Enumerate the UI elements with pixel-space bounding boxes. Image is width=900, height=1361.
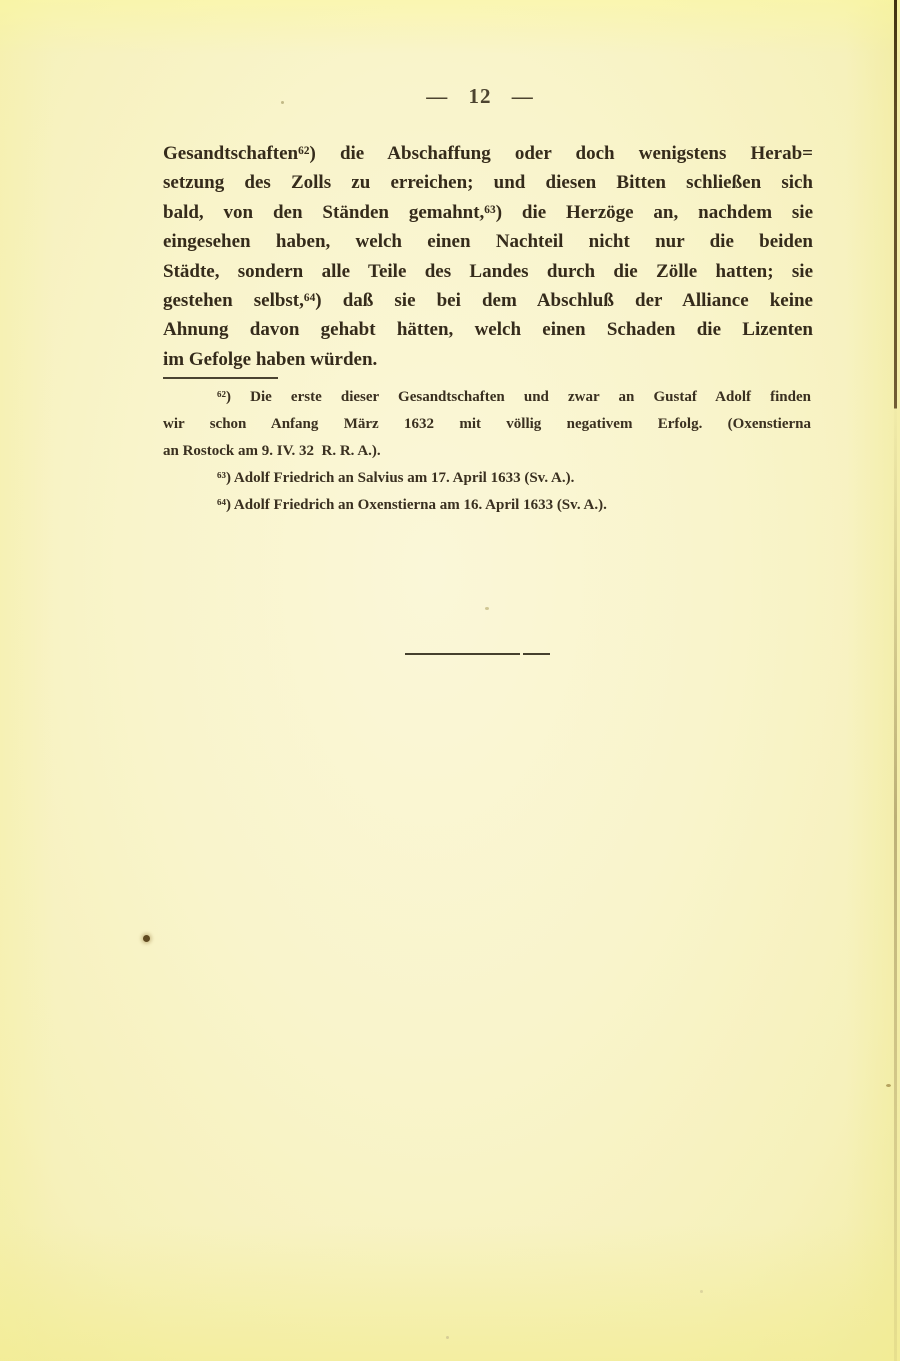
- body-line: Städte, sondern alle Teile des Landes du…: [163, 257, 813, 286]
- body-paragraph: Gesandtschaften⁶²) die Abschaffung oder …: [163, 139, 813, 374]
- body-line: eingesehen haben, welch einen Nachteil n…: [163, 227, 813, 256]
- body-line: Ahnung davon gehabt hätten, welch einen …: [163, 315, 813, 344]
- paper-speck: [485, 607, 489, 610]
- footnote-62: ⁶²) Die erste dieser Gesandtschaften und…: [163, 384, 811, 465]
- paper-speck: [886, 1084, 891, 1087]
- paper-speck: [700, 1290, 703, 1293]
- scanned-book-page: { "document": { "page_header": "— 12 —",…: [0, 0, 900, 1361]
- footnote-63: ⁶³) Adolf Friedrich an Salvius am 17. Ap…: [163, 465, 811, 492]
- footnote-line: ⁶⁴) Adolf Friedrich an Oxenstierna am 16…: [163, 492, 811, 519]
- body-line: im Gefolge haben würden.: [163, 345, 813, 374]
- paper-speck: [446, 1336, 449, 1339]
- footnotes-block: ⁶²) Die erste dieser Gesandtschaften und…: [163, 384, 811, 519]
- page-edge-shadow: [894, 0, 897, 1361]
- body-line: gestehen selbst,⁶⁴) daß sie bei dem Absc…: [163, 286, 813, 315]
- body-line: setzung des Zolls zu erreichen; und dies…: [163, 168, 813, 197]
- paper-speck: [281, 101, 284, 104]
- footnote-line: ⁶³) Adolf Friedrich an Salvius am 17. Ap…: [163, 465, 811, 492]
- center-divider-rule: [405, 653, 520, 655]
- footnote-64: ⁶⁴) Adolf Friedrich an Oxenstierna am 16…: [163, 492, 811, 519]
- body-line: bald, von den Ständen gemahnt,⁶³) die He…: [163, 198, 813, 227]
- center-divider-rule: [523, 653, 550, 655]
- body-line: Gesandtschaften⁶²) die Abschaffung oder …: [163, 139, 813, 168]
- footnote-separator-rule: [163, 377, 278, 379]
- footnote-line: wir schon Anfang März 1632 mit völlig ne…: [163, 411, 811, 438]
- paper-speck: [143, 935, 150, 942]
- footnote-line: ⁶²) Die erste dieser Gesandtschaften und…: [163, 384, 811, 411]
- footnote-line: an Rostock am 9. IV. 32 R. R. A.).: [163, 438, 811, 465]
- page-number: — 12 —: [130, 84, 830, 109]
